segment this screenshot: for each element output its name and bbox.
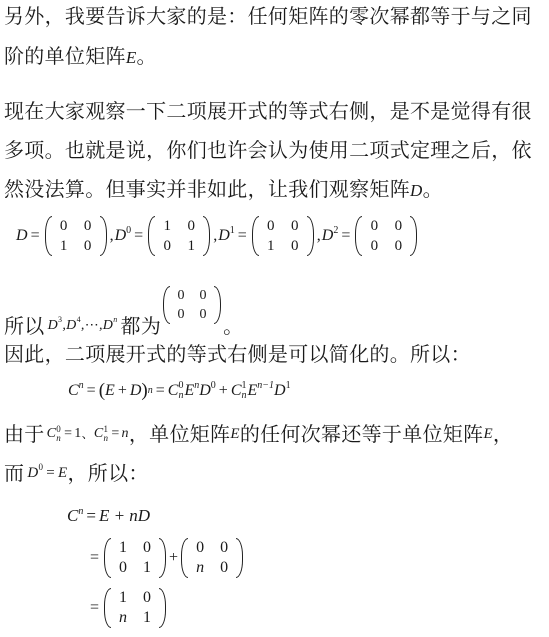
matrix-D: 00 10: [45, 216, 107, 256]
text: 阶的单位矩阵: [4, 44, 126, 68]
identity-matrix: 10 01: [104, 538, 166, 578]
final-line-3: = 10 n1: [87, 588, 168, 628]
paragraph-3: 所以 D3,D4,⋯,Dn 都为 00 00 。: [4, 300, 243, 338]
symbol-D: D: [16, 227, 28, 245]
d0-equals-e: D0=E: [27, 461, 67, 485]
paragraph-1-line-2: 阶的单位矩阵E。: [4, 44, 157, 70]
text: ，所以：: [68, 461, 149, 485]
final-line-2: = 10 01 + 00 n0: [87, 538, 245, 578]
coefficient-values: C0n =1、 C1n =n: [47, 422, 129, 446]
nD-matrix: 00 n0: [181, 538, 243, 578]
text: ，: [493, 422, 513, 446]
text: 所以: [4, 314, 45, 338]
symbol-D2: D2: [322, 227, 339, 245]
text: 。: [137, 44, 157, 68]
symbol-D0: D0: [115, 227, 132, 245]
result-matrix: 10 n1: [104, 588, 166, 628]
text: 。: [223, 314, 243, 338]
final-line-1: Cn = E + nD: [67, 506, 150, 526]
text: 由于: [4, 422, 45, 446]
matrix-D2: 00 00: [355, 216, 417, 256]
var-E: E: [126, 48, 137, 67]
matrix-D0: 10 01: [148, 216, 210, 256]
text: 而: [4, 461, 24, 485]
paragraph-2-line-1: 现在大家观察一下二项展开式的等式右侧，是不是觉得有很: [4, 99, 532, 123]
zero-matrix: 00 00: [163, 286, 221, 324]
paragraph-6: 而 D0=E ，所以：: [4, 461, 149, 485]
symbol-D1: D1: [218, 227, 235, 245]
text: 。: [423, 177, 443, 201]
paragraph-1-line-1: 另外，我要告诉大家的是：任何矩阵的零次幂都等于与之同: [4, 4, 532, 28]
paragraph-5: 由于 C0n =1、 C1n =n ，单位矩阵E的任何次幂还等于单位矩阵E，: [4, 422, 513, 446]
paragraph-2-line-2: 多项。也就是说，你们也许会认为使用二项式定理之后，依: [4, 138, 532, 162]
var-E: E: [483, 422, 492, 446]
higher-powers-list: D3,D4,⋯,Dn: [48, 314, 118, 338]
text: ，单位矩阵: [129, 422, 231, 446]
var-D: D: [410, 181, 423, 200]
paragraph-4: 因此，二项展开式的等式右侧是可以简化的。所以：: [4, 342, 471, 366]
text: 然没法算。但事实并非如此，让我们观察矩阵: [4, 177, 410, 201]
text: 都为: [121, 314, 162, 338]
var-E: E: [230, 422, 239, 446]
d-powers-equation: D = 00 10 , D0 = 10 01 , D1 = 00 10 , D2…: [16, 216, 419, 256]
text: 的任何次幂还等于单位矩阵: [240, 422, 484, 446]
matrix-D1: 00 10: [252, 216, 314, 256]
paragraph-2-line-3: 然没法算。但事实并非如此，让我们观察矩阵D。: [4, 177, 443, 203]
binomial-expansion: Cn = ( E + D )n = C0n En D0 + C1n En−1 D…: [68, 380, 291, 402]
